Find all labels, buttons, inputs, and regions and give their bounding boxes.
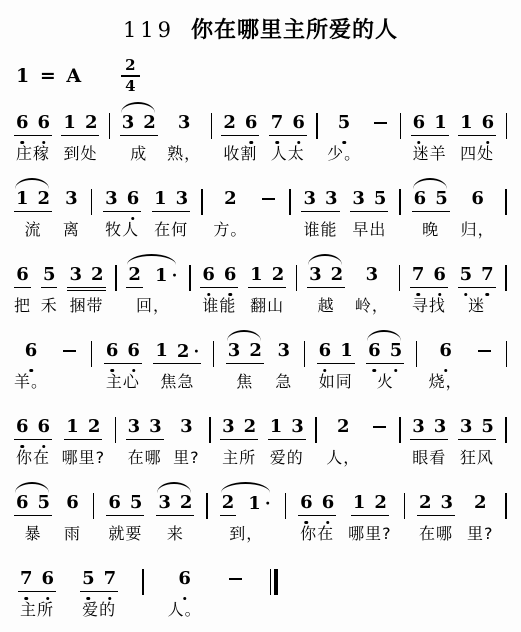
- notes-row: 3: [178, 405, 195, 437]
- note: 2: [331, 265, 344, 285]
- note: 6: [38, 417, 51, 437]
- barline: [201, 189, 203, 215]
- note-group: 12哪里?: [348, 481, 392, 544]
- notes-row: 6: [23, 329, 40, 361]
- note-digit: 6: [368, 341, 381, 361]
- note-group: 76人太: [269, 101, 307, 164]
- beam-group: 32: [156, 493, 194, 513]
- note-group: 3急: [275, 329, 292, 392]
- note-digit: 7: [20, 569, 33, 589]
- beam-group: 2: [335, 417, 352, 437]
- note-digit: 6: [108, 493, 121, 513]
- note-digit: 2: [374, 493, 387, 513]
- note: 2: [91, 265, 104, 285]
- beam-group: 61: [411, 113, 449, 133]
- note: 2: [85, 113, 98, 133]
- note-digit: 5: [38, 493, 51, 513]
- note-digit: 6: [16, 113, 29, 133]
- lyric-syllable: 爱的: [82, 600, 116, 620]
- note-digit: 5: [43, 265, 56, 285]
- note-digit: 6: [245, 113, 258, 133]
- note: 5: [435, 189, 448, 209]
- octave-dot-below: [207, 293, 211, 297]
- note-digit: 7: [412, 265, 425, 285]
- beam-group: 65: [412, 189, 450, 209]
- music-system: 12流3离36牧人13在何2方。33谁能35早出65晚6归，: [14, 177, 507, 240]
- beam-group: [474, 341, 494, 361]
- notes-row: 66: [14, 405, 52, 437]
- barline: [416, 341, 418, 367]
- song-number: 119: [123, 18, 175, 42]
- note: 6: [16, 417, 29, 437]
- note-group: 12哪里?: [62, 405, 106, 468]
- lyric-syllable: 急: [275, 372, 292, 392]
- notes-row: 33: [410, 405, 448, 437]
- note: 1: [434, 113, 447, 133]
- notes-row: 32: [67, 253, 105, 285]
- barline: [505, 189, 507, 215]
- note: 6: [414, 189, 427, 209]
- note: 1·: [248, 493, 271, 513]
- barline: [189, 265, 191, 291]
- lyric-syllable: 到处: [63, 144, 97, 164]
- notes-row: 61: [317, 329, 355, 361]
- notes-row: 3: [63, 177, 80, 209]
- octave-dot-below: [373, 369, 377, 373]
- lyric-syllable: 寻找: [412, 296, 446, 316]
- note-digit: 5: [338, 113, 351, 133]
- note: 3: [278, 341, 291, 361]
- notes-row: 65: [412, 177, 450, 209]
- note: 2: [374, 493, 387, 513]
- final-barline: [270, 569, 278, 595]
- beam-group: 2: [472, 493, 489, 513]
- notes-row: 12: [248, 253, 286, 285]
- note: 6: [178, 569, 191, 589]
- note-digit: 2: [180, 493, 193, 513]
- note-group: 33眼看: [410, 405, 448, 468]
- lyric-syllable: 狂风: [460, 448, 494, 468]
- note-digit: 3: [105, 189, 118, 209]
- note-group: 3岭，: [355, 253, 389, 316]
- note-group: 61如同: [317, 329, 355, 392]
- note-digit: 2: [88, 417, 101, 437]
- note: 6: [433, 265, 446, 285]
- note-digit: 5: [82, 569, 95, 589]
- notes-row: 32: [120, 101, 158, 133]
- note-digit: 6: [202, 265, 215, 285]
- note: 5: [82, 569, 95, 589]
- note-digit: 1: [460, 113, 473, 133]
- note: 1: [66, 417, 79, 437]
- note-group: 6雨: [64, 481, 81, 544]
- note-group: 65火: [366, 329, 404, 392]
- notes-row: 32: [220, 405, 258, 437]
- note: 6: [482, 113, 495, 133]
- beam-group: [59, 341, 79, 361]
- note-digit: 7: [104, 569, 117, 589]
- lyric-syllable: 回，: [136, 296, 170, 316]
- barline: [93, 493, 95, 519]
- note-digit: 2: [91, 265, 104, 285]
- barline: [142, 569, 144, 595]
- note-group: 3里?: [173, 405, 200, 468]
- note-group: 12翻山: [248, 253, 286, 316]
- note: 5: [43, 265, 56, 285]
- note: 6: [38, 113, 51, 133]
- note-digit: 3: [291, 417, 304, 437]
- octave-dot-below: [21, 445, 25, 449]
- note-digit: 1: [154, 189, 167, 209]
- key-signature: 1 = A: [16, 65, 83, 87]
- note-group: 32来: [156, 481, 194, 544]
- beam-group: 33: [126, 417, 164, 437]
- note-group: 57迷: [458, 253, 496, 316]
- notes-row: 6: [64, 481, 81, 513]
- notes-row: 3: [176, 101, 193, 133]
- barline: [505, 417, 507, 443]
- note: 6: [245, 113, 258, 133]
- notes-row: 76: [269, 101, 307, 133]
- octave-dot-below: [297, 141, 301, 145]
- octave-dot-below: [21, 141, 25, 145]
- note: 3: [105, 189, 118, 209]
- lyric-syllable: 归，: [461, 220, 495, 240]
- lyric-syllable: 四处: [460, 144, 494, 164]
- lyric-syllable: 人，: [326, 448, 360, 468]
- augmentation-dot: ·: [171, 265, 177, 285]
- note: 3: [291, 417, 304, 437]
- note-digit: 3: [158, 493, 171, 513]
- lyric-syllable: 晚: [422, 220, 439, 240]
- lyric-syllable: 里?: [467, 524, 494, 544]
- note: 2: [180, 493, 193, 513]
- note: 2: [337, 417, 350, 437]
- beam-group: 2: [220, 493, 237, 513]
- notes-row: 6: [14, 253, 31, 285]
- note-group: 65就要: [106, 481, 144, 544]
- beam-group: 3: [63, 189, 80, 209]
- note: 5: [130, 493, 143, 513]
- note-digit: 3: [434, 417, 447, 437]
- beam-group: 23: [417, 493, 455, 513]
- lyric-syllable: 人太: [271, 144, 305, 164]
- octave-dot-below: [417, 141, 421, 145]
- beam-group: 16: [458, 113, 496, 133]
- page-title: 你在哪里主所爱的人: [191, 18, 398, 43]
- note-group: 2方。: [213, 177, 247, 240]
- lyric-syllable: 越: [318, 296, 335, 316]
- note-group: 2里?: [467, 481, 494, 544]
- notes-row: 65: [14, 481, 52, 513]
- note: 6: [106, 341, 119, 361]
- lyric-syllable: 暴: [25, 524, 42, 544]
- note: 6: [127, 341, 140, 361]
- notes-row: 2: [472, 481, 489, 513]
- key-signature-row: 1 = A 2 4: [16, 59, 521, 93]
- lyric-syllable: 早出: [352, 220, 386, 240]
- barline: [115, 265, 117, 291]
- augmentation-dot: ·: [193, 341, 199, 361]
- beam-group: 3: [276, 341, 293, 361]
- beam-group: 32: [120, 113, 158, 133]
- note: 2: [244, 417, 257, 437]
- note-digit: 6: [224, 265, 237, 285]
- note-digit: 2: [224, 189, 237, 209]
- octave-dot-below: [132, 369, 136, 373]
- note-group: [370, 101, 390, 164]
- notes-row: 6: [176, 557, 193, 589]
- note: 6: [471, 189, 484, 209]
- notes-row: 32: [156, 481, 194, 513]
- note-digit: 3: [69, 265, 82, 285]
- note: 3: [176, 189, 189, 209]
- lyric-syllable: 收割: [223, 144, 257, 164]
- note-digit: 6: [471, 189, 484, 209]
- note-digit: 5: [435, 189, 448, 209]
- beam-group: 12: [64, 417, 102, 437]
- barline: [400, 113, 402, 139]
- note-group: [59, 329, 79, 392]
- barline: [209, 417, 211, 443]
- octave-dot-below: [46, 597, 50, 601]
- note-digit: 6: [300, 493, 313, 513]
- note: 3: [180, 417, 193, 437]
- beam-group: [370, 417, 390, 437]
- note: 3: [352, 189, 365, 209]
- note: 1·: [155, 265, 178, 285]
- note-digit: 3: [460, 417, 473, 437]
- octave-dot-below: [394, 369, 398, 373]
- lyric-syllable: 焦: [236, 372, 253, 392]
- beam-group: 6: [176, 569, 193, 589]
- note-digit: 6: [42, 569, 55, 589]
- dash-note: [372, 417, 388, 437]
- note: 1: [353, 493, 366, 513]
- beam-group: 5: [41, 265, 58, 285]
- note: 2: [249, 341, 262, 361]
- lyric-syllable: 烧，: [429, 372, 463, 392]
- note-group: [226, 557, 246, 620]
- note-digit: 3: [222, 417, 235, 437]
- note-digit: 6: [16, 493, 29, 513]
- sheet-music-page: 119你在哪里主所爱的人 1 = A 2 4 66庄稼12到处32成3熟，26收…: [0, 0, 521, 632]
- note-group: [474, 329, 494, 392]
- octave-dot-below: [305, 521, 309, 525]
- lyric-syllable: 谁能: [202, 296, 236, 316]
- dash-note: [372, 113, 388, 133]
- note-group: [258, 177, 278, 240]
- beam-group: 32: [220, 417, 258, 437]
- octave-dot-below: [108, 597, 112, 601]
- octave-dot-below: [464, 293, 468, 297]
- note-digit: 3: [278, 341, 291, 361]
- note-group: 21·回，: [126, 253, 179, 316]
- note: 2: [38, 189, 51, 209]
- note-group: 35早出: [350, 177, 388, 240]
- note-digit: 6: [16, 265, 29, 285]
- note-group: 61迷羊: [411, 101, 449, 164]
- barline: [399, 265, 401, 291]
- note: 1: [460, 113, 473, 133]
- beam-group: 3: [178, 417, 195, 437]
- barline: [91, 341, 93, 367]
- octave-dot-below: [42, 141, 46, 145]
- notes-row: 33: [126, 405, 164, 437]
- note-digit: 5: [390, 341, 403, 361]
- beam-group: 61: [317, 341, 355, 361]
- note-digit: 1: [270, 417, 283, 437]
- note: 6: [413, 113, 426, 133]
- note-digit: 6: [38, 113, 51, 133]
- note-group: 66主心: [104, 329, 142, 392]
- octave-dot-below: [249, 141, 253, 145]
- barline: [304, 341, 306, 367]
- note: 1: [154, 189, 167, 209]
- lyric-syllable: 眼看: [412, 448, 446, 468]
- note-group: 21·到，: [220, 481, 273, 544]
- note-digit: 2: [222, 493, 235, 513]
- note-group: 32捆带: [67, 253, 105, 316]
- note-digit: 6: [413, 113, 426, 133]
- beam-group: 5: [336, 113, 353, 133]
- beam-group: 26: [221, 113, 259, 133]
- notes-row: 57: [458, 253, 496, 285]
- beam-group: 33: [410, 417, 448, 437]
- beam-group: 2: [222, 189, 239, 209]
- notes-row: 76: [410, 253, 448, 285]
- note: 7: [20, 569, 33, 589]
- notes-row: 32: [226, 329, 264, 361]
- note-digit: 1: [248, 494, 261, 514]
- lyric-syllable: 在哪: [128, 448, 162, 468]
- lyric-syllable: 火: [377, 372, 394, 392]
- lyric-syllable: 成: [130, 144, 147, 164]
- note: 2: [222, 493, 235, 513]
- note-digit: 3: [412, 417, 425, 437]
- note-digit: 2: [337, 417, 350, 437]
- lyric-syllable: 岭，: [355, 296, 389, 316]
- note-digit: 3: [228, 341, 241, 361]
- lyric-syllable: 里?: [173, 448, 200, 468]
- octave-dot-below: [131, 217, 135, 221]
- note: 3: [325, 189, 338, 209]
- note-group: 3熟，: [167, 101, 201, 164]
- note-group: 6烧，: [429, 329, 463, 392]
- notes-row: 12: [14, 177, 52, 209]
- note: 6: [202, 265, 215, 285]
- beam-group: 36: [103, 189, 141, 209]
- notes-row: [226, 557, 246, 589]
- note: 3: [65, 189, 78, 209]
- notes-row: 12: [351, 481, 389, 513]
- octave-dot-below: [29, 369, 33, 373]
- note: 6: [108, 493, 121, 513]
- note: 2: [474, 493, 487, 513]
- notes-row: 66: [200, 253, 238, 285]
- note-digit: 6: [322, 493, 335, 513]
- note: 3: [366, 265, 379, 285]
- note-digit: 6: [16, 417, 29, 437]
- beam-group: 35: [350, 189, 388, 209]
- note-group: 6人。: [168, 557, 202, 620]
- note-digit: 1: [340, 341, 353, 361]
- note-group: 33在哪: [126, 405, 164, 468]
- note-group: 32主所: [220, 405, 258, 468]
- music-system: 65暴6雨65就要32来21·到，66你在12哪里?23在哪2里?: [14, 481, 507, 544]
- note: 3: [228, 341, 241, 361]
- note-digit: 6: [292, 113, 305, 133]
- notes-row: [370, 405, 390, 437]
- beam-group: 1·: [246, 493, 273, 513]
- music-system: 6羊。66主心12·焦急32焦3急61如同65火6烧，: [14, 329, 507, 392]
- note: 3: [158, 493, 171, 513]
- barline: [315, 417, 317, 443]
- note-digit: 1: [250, 265, 263, 285]
- beam-group: 13: [152, 189, 190, 209]
- lyric-syllable: 来: [167, 524, 184, 544]
- note: 7: [481, 265, 494, 285]
- notes-row: 65: [366, 329, 404, 361]
- notes-row: 12: [64, 405, 102, 437]
- octave-dot-below: [183, 597, 187, 601]
- note: 3: [149, 417, 162, 437]
- note-group: 6羊。: [14, 329, 48, 392]
- note-group: 5少。: [327, 101, 361, 164]
- notes-row: 66: [104, 329, 142, 361]
- note: 7: [412, 265, 425, 285]
- lyric-syllable: 牧人: [105, 220, 139, 240]
- note-digit: 1: [155, 341, 168, 361]
- music-system: 76主所57爱的6人。: [14, 557, 507, 620]
- note: 1: [155, 341, 168, 361]
- note-group: 65晚: [412, 177, 450, 240]
- beam-group: 1·: [153, 265, 180, 285]
- beam-group: 76: [269, 113, 307, 133]
- note-digit: 2: [143, 113, 156, 133]
- beam-group: 6: [14, 265, 31, 285]
- notes-row: 2: [222, 177, 239, 209]
- time-signature-numerator: 2: [121, 58, 139, 77]
- notes-row: 36: [103, 177, 141, 209]
- octave-dot-below: [486, 141, 490, 145]
- note: 3: [222, 417, 235, 437]
- lyric-syllable: 人。: [168, 600, 202, 620]
- octave-dot-below: [326, 521, 330, 525]
- note-group: 32越: [307, 253, 345, 316]
- note: 6: [292, 113, 305, 133]
- lyric-syllable: 就要: [108, 524, 142, 544]
- lyric-syllable: 把: [14, 296, 31, 316]
- notes-row: 23: [417, 481, 455, 513]
- barline: [115, 417, 117, 443]
- note: 6: [300, 493, 313, 513]
- note-digit: 3: [309, 265, 322, 285]
- beam-group: 66: [298, 493, 336, 513]
- notes-row: 13: [152, 177, 190, 209]
- note: 5: [38, 493, 51, 513]
- notes-row: 65: [106, 481, 144, 513]
- note: 3: [69, 265, 82, 285]
- dash-note: [228, 569, 244, 589]
- octave-dot-below: [42, 445, 46, 449]
- barline: [506, 341, 508, 367]
- note-group: 35狂风: [458, 405, 496, 468]
- notes-row: 32: [307, 253, 345, 285]
- note-group: 12到处: [61, 101, 99, 164]
- note-group: 3离: [63, 177, 80, 240]
- note-digit: 6: [127, 341, 140, 361]
